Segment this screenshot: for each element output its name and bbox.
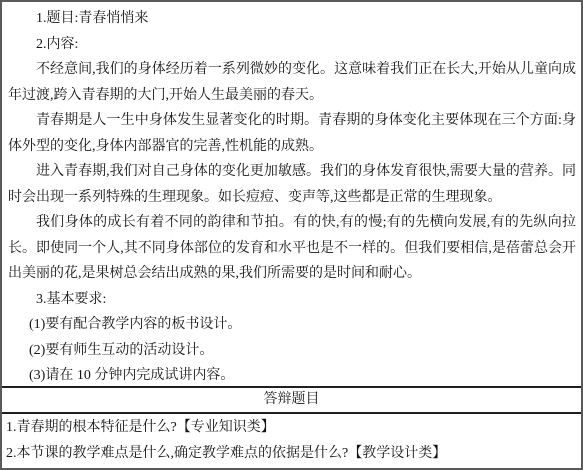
defense-questions-cell: 1.青春期的根本特征是什么?【专业知识类】 2.本节课的教学难点是什么,确定教学… — [2, 414, 581, 468]
requirement-item-3: (3)请在 10 分钟内完成试讲内容。 — [8, 363, 576, 388]
defense-question-1: 1.青春期的根本特征是什么?【专业知识类】 — [6, 415, 577, 441]
content-paragraph-4: 我们身体的成长有着不同的韵律和节拍。有的快,有的慢;有的先横向发展,有的先纵向拉… — [8, 210, 576, 287]
requirements-label: 3.基本要求: — [8, 287, 576, 313]
defense-section-header: 答辩题目 — [2, 388, 581, 414]
requirement-item-2: (2)要有师生互动的活动设计。 — [8, 338, 576, 364]
requirement-item-1: (1)要有配合教学内容的板书设计。 — [8, 312, 576, 338]
exam-question-card: 1.题目:青春悄悄来 2.内容: 不经意间,我们的身体经历着一系列微妙的变化。这… — [0, 0, 583, 470]
lecture-question-cell: 1.题目:青春悄悄来 2.内容: 不经意间,我们的身体经历着一系列微妙的变化。这… — [2, 2, 581, 388]
content-paragraph-1: 不经意间,我们的身体经历着一系列微妙的变化。这意味着我们正在长大,开始从儿童向成… — [8, 57, 576, 108]
content-label: 2.内容: — [8, 32, 576, 58]
content-paragraph-3: 进入青春期,我们对自己身体的变化更加敏感。我们的身体发育很快,需要大量的营养。同… — [8, 159, 576, 210]
content-paragraph-2: 青春期是人一生中身体发生显著变化的时期。青春期的身体变化主要体现在三个方面:身体… — [8, 108, 576, 159]
question-title: 1.题目:青春悄悄来 — [8, 6, 576, 32]
defense-question-2: 2.本节课的教学难点是什么,确定教学难点的依据是什么?【教学设计类】 — [6, 441, 577, 467]
